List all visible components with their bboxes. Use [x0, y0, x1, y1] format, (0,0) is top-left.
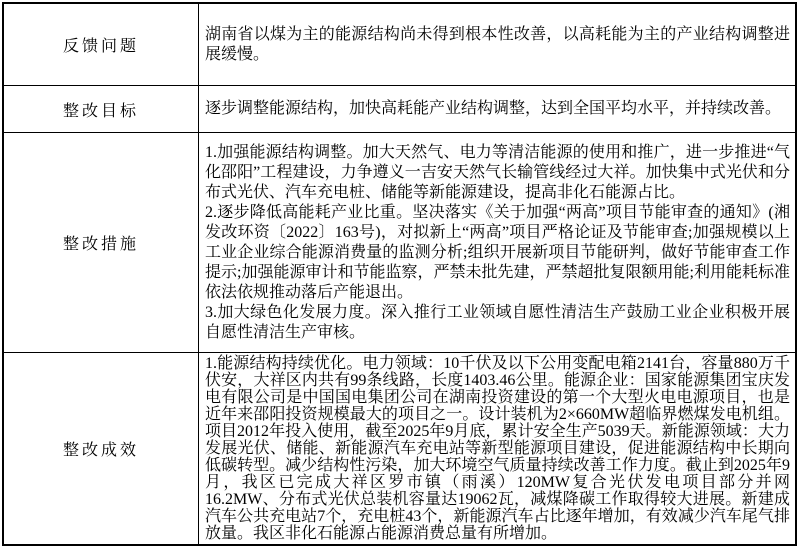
paragraph: 3.加大绿色化发展力度。深入推行工业领域自愿性清洁生产鼓励工业企业积极开展自愿性… — [205, 303, 790, 343]
row-label-rectification-measures: 整改措施 — [4, 133, 199, 352]
paragraph: 1.能源结构持续优化。电力领域：10千伏及以下公用变配电箱2141台，容量880… — [205, 355, 790, 542]
row-content-rectification-measures: 1.加强能源结构调整。加大天然气、电力等清洁能源的使用和推广，进一步推进“气化邵… — [199, 133, 795, 352]
table-row-rectification-results: 整改成效 1.能源结构持续优化。电力领域：10千伏及以下公用变配电箱2141台，… — [4, 353, 795, 544]
row-label-feedback-issue: 反馈问题 — [4, 4, 199, 85]
paragraph: 2.逐步降低高能耗产业比重。坚决落实《关于加强“两高”项目节能审查的通知》(湘发… — [205, 203, 790, 303]
paragraph: 1.加强能源结构调整。加大天然气、电力等清洁能源的使用和推广，进一步推进“气化邵… — [205, 143, 790, 203]
row-label-rectification-goal: 整改目标 — [4, 86, 199, 132]
rectification-table: 反馈问题 湖南省以煤为主的能源结构尚未得到根本性改善，以高耗能为主的产业结构调整… — [2, 2, 797, 546]
paragraph: 逐步调整能源结构，加快高耗能产业结构调整，达到全国平均水平，并持续改善。 — [205, 99, 790, 119]
row-content-rectification-goal: 逐步调整能源结构，加快高耗能产业结构调整，达到全国平均水平，并持续改善。 — [199, 86, 795, 132]
row-content-feedback-issue: 湖南省以煤为主的能源结构尚未得到根本性改善，以高耗能为主的产业结构调整进展缓慢。 — [199, 4, 795, 85]
row-content-rectification-results: 1.能源结构持续优化。电力领域：10千伏及以下公用变配电箱2141台，容量880… — [199, 353, 795, 544]
table-row-rectification-measures: 整改措施 1.加强能源结构调整。加大天然气、电力等清洁能源的使用和推广，进一步推… — [4, 133, 795, 353]
table-row-feedback-issue: 反馈问题 湖南省以煤为主的能源结构尚未得到根本性改善，以高耗能为主的产业结构调整… — [4, 4, 795, 86]
table-row-rectification-goal: 整改目标 逐步调整能源结构，加快高耗能产业结构调整，达到全国平均水平，并持续改善… — [4, 86, 795, 133]
row-label-rectification-results: 整改成效 — [4, 353, 199, 544]
document-page: 反馈问题 湖南省以煤为主的能源结构尚未得到根本性改善，以高耗能为主的产业结构调整… — [0, 0, 801, 553]
paragraph: 湖南省以煤为主的能源结构尚未得到根本性改善，以高耗能为主的产业结构调整进展缓慢。 — [205, 25, 790, 65]
